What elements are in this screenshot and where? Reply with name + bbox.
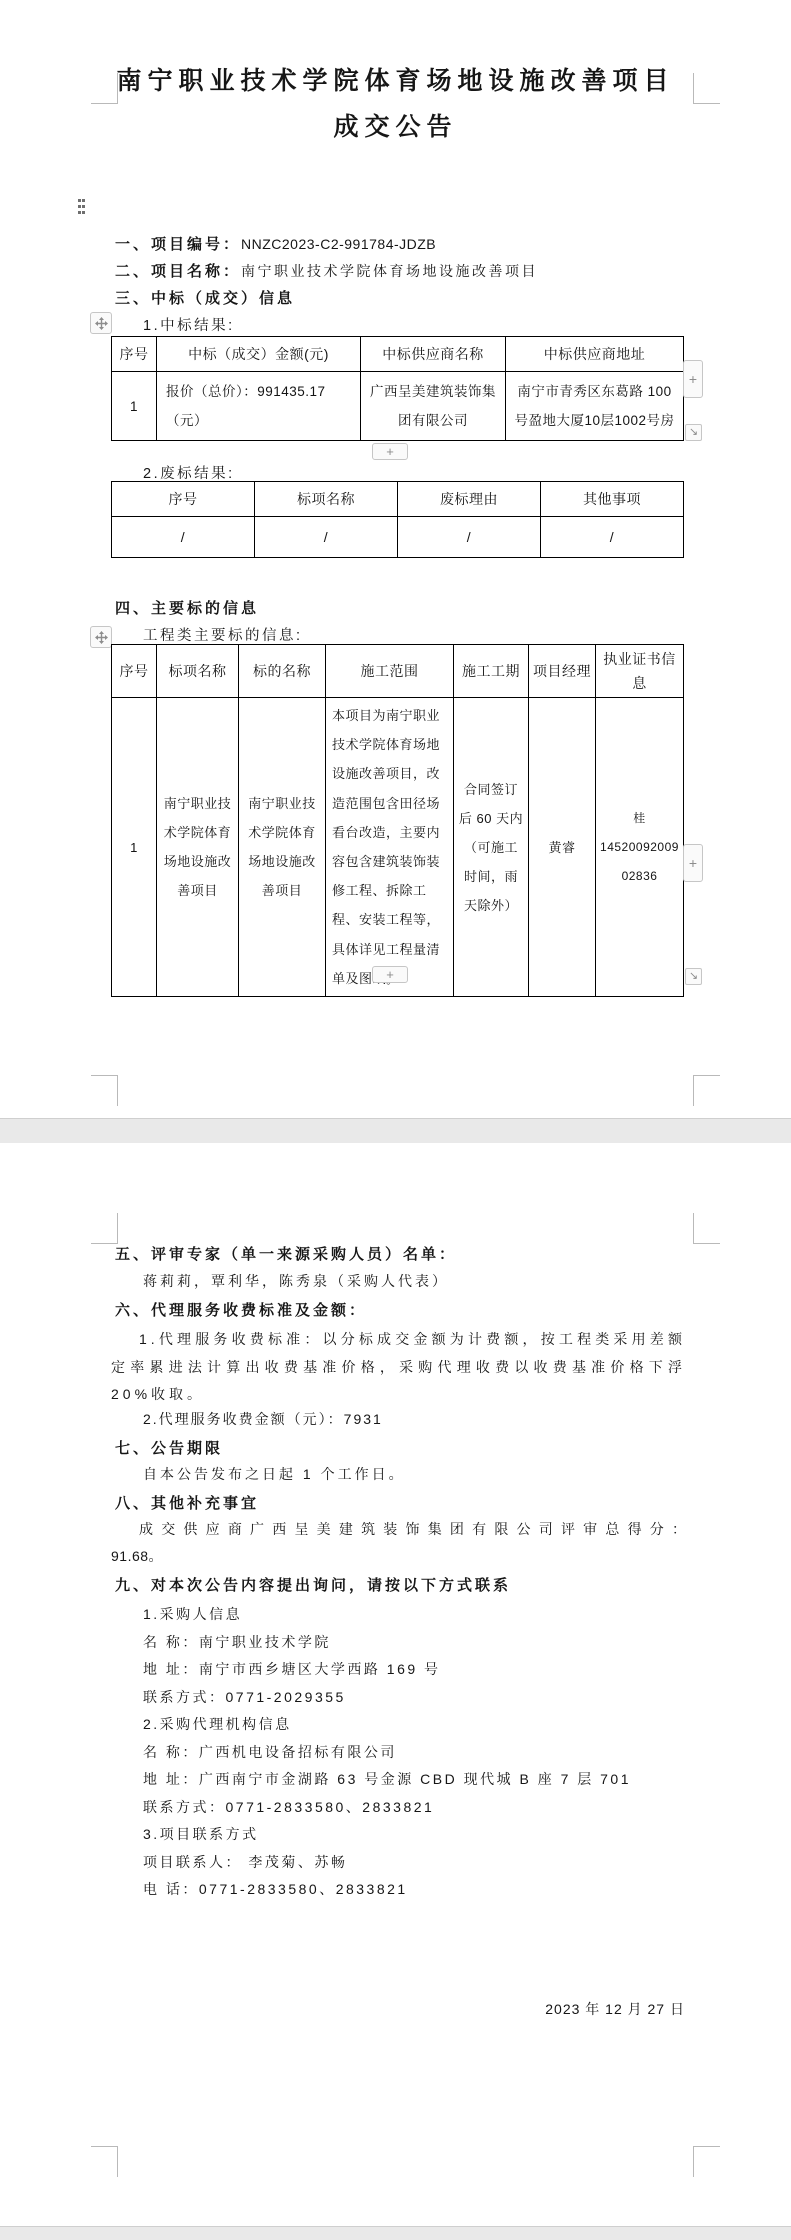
contact-line: 1.采购人信息 — [143, 1601, 631, 1629]
section-contact-heading: 九、对本次公告内容提出询问，请按以下方式联系 — [115, 1574, 511, 1595]
col-header: 序号 — [112, 645, 157, 698]
table-cell: 南宁市青秀区东葛路 100 号盈地大厦10层1002号房 — [506, 372, 684, 441]
add-row-button[interactable]: + — [372, 966, 408, 983]
text-boundary-mark — [693, 2146, 720, 2177]
table-cell: 广西呈美建筑装饰集团有限公司 — [361, 372, 506, 441]
section-notice-period-heading: 七、公告期限 — [115, 1437, 223, 1458]
section-agency-fee-heading: 六、代理服务收费标准及金额： — [115, 1299, 367, 1320]
plus-icon: + — [386, 968, 394, 981]
contact-line: 名 称：南宁职业技术学院 — [143, 1629, 631, 1657]
reject-result-caption: 2.废标结果: — [143, 462, 235, 483]
experts-list: 蒋莉莉，覃利华，陈秀泉（采购人代表） — [143, 1271, 449, 1291]
contact-line: 电 话：0771-2833580、2833821 — [143, 1876, 631, 1904]
canvas-bottom-strip — [0, 2227, 791, 2240]
agency-fee-standard-paragraph: 1.代理服务收费标准：以分标成交金额为计费额，按工程类采用差额定率累进法计算出收… — [111, 1326, 686, 1409]
section-main-subject-heading: 四、主要标的信息 — [115, 597, 259, 618]
resize-arrow-icon: ↘ — [689, 427, 698, 438]
col-header: 标项名称 — [255, 482, 398, 517]
award-results-table[interactable]: 序号 中标（成交）金额(元) 中标供应商名称 中标供应商地址 1 报价（总价）：… — [111, 336, 684, 441]
section-project-name: 二、项目名称：南宁职业技术学院体育场地设施改善项目 — [115, 260, 538, 281]
document-canvas: 南宁职业技术学院体育场地设施改善项目 成交公告 一、项目编号：NNZC2023-… — [0, 0, 791, 2240]
col-header: 施工范围 — [326, 645, 454, 698]
section-project-number: 一、项目编号：NNZC2023-C2-991784-JDZB — [115, 233, 436, 254]
table-cell: 合同签订后 60 天内（可施工时间，雨天除外） — [454, 698, 529, 997]
col-header: 标项名称 — [157, 645, 239, 698]
supplementary-text-line2: 91.68。 — [111, 1546, 163, 1566]
move-table-icon — [95, 631, 108, 644]
resize-table-handle[interactable]: ↘ — [685, 424, 702, 441]
table-cell: 南宁职业技术学院体育场地设施改善项目 — [157, 698, 239, 997]
plus-icon: + — [689, 856, 697, 870]
works-info-caption: 工程类主要标的信息: — [143, 624, 303, 645]
contact-line: 地 址：南宁市西乡塘区大学西路 169 号 — [143, 1656, 631, 1684]
col-header: 中标供应商地址 — [506, 337, 684, 372]
contact-line: 联系方式：0771-2029355 — [143, 1684, 631, 1712]
move-table-icon — [95, 317, 108, 330]
table-cell: 本项目为南宁职业技术学院体育场地设施改善项目，改造范围包含田径场看台改造，主要内… — [326, 698, 454, 997]
add-row-button[interactable]: + — [372, 443, 408, 460]
table-cell: / — [398, 517, 541, 558]
plus-icon: + — [689, 372, 697, 386]
text-boundary-mark — [91, 1075, 118, 1106]
announcement-date: 2023 年 12 月 27 日 — [111, 1999, 730, 2019]
table-cell: 1 — [112, 698, 157, 997]
section-label: 一、项目编号： — [115, 236, 241, 253]
contact-line: 名 称：广西机电设备招标有限公司 — [143, 1739, 631, 1767]
col-header: 中标供应商名称 — [361, 337, 506, 372]
project-name-value: 南宁职业技术学院体育场地设施改善项目 — [241, 263, 538, 279]
contact-line: 3.项目联系方式 — [143, 1821, 631, 1849]
contact-line: 项目联系人： 李茂菊、苏畅 — [143, 1849, 631, 1877]
agency-fee-amount: 2.代理服务收费金额（元）：7931 — [143, 1409, 383, 1429]
table-cell: 桂 1452009200902836 — [596, 698, 684, 997]
add-column-button[interactable]: + — [683, 844, 703, 882]
col-header: 标的名称 — [239, 645, 326, 698]
move-table-handle[interactable] — [90, 626, 112, 648]
resize-arrow-icon: ↘ — [689, 971, 698, 982]
col-header: 中标（成交）金额(元) — [157, 337, 361, 372]
table-row: 1 报价（总价）：991435.17（元） 广西呈美建筑装饰集团有限公司 南宁市… — [112, 372, 684, 441]
page-1: 南宁职业技术学院体育场地设施改善项目 成交公告 一、项目编号：NNZC2023-… — [0, 0, 791, 1119]
title-line-2: 成交公告 — [0, 104, 791, 150]
notice-period-text: 自本公告发布之日起 1 个工作日。 — [143, 1464, 406, 1484]
table-cell: 南宁职业技术学院体育场地设施改善项目 — [239, 698, 326, 997]
paragraph-anchor-icon[interactable] — [78, 199, 90, 217]
section-supplementary-heading: 八、其他补充事宜 — [115, 1492, 259, 1513]
move-table-handle[interactable] — [90, 312, 112, 334]
col-header: 其他事项 — [541, 482, 684, 517]
col-header: 施工工期 — [454, 645, 529, 698]
table-header-row: 序号 标项名称 废标理由 其他事项 — [112, 482, 684, 517]
col-header: 废标理由 — [398, 482, 541, 517]
table-cell: / — [541, 517, 684, 558]
rejected-bids-table[interactable]: 序号 标项名称 废标理由 其他事项 / / / / — [111, 481, 684, 558]
text-boundary-mark — [693, 1213, 720, 1244]
contact-line: 联系方式：0771-2833580、2833821 — [143, 1794, 631, 1822]
add-column-button[interactable]: + — [683, 360, 703, 398]
section-experts-heading: 五、评审专家（单一来源采购人员）名单： — [115, 1243, 457, 1264]
supplementary-text-line1: 成交供应商广西呈美建筑装饰集团有限公司评审总得分： — [111, 1519, 686, 1539]
table-row: / / / / — [112, 517, 684, 558]
col-header: 项目经理 — [529, 645, 596, 698]
table-header-row: 序号 中标（成交）金额(元) 中标供应商名称 中标供应商地址 — [112, 337, 684, 372]
contact-line: 2.采购代理机构信息 — [143, 1711, 631, 1739]
works-subject-table[interactable]: 序号 标项名称 标的名称 施工范围 施工工期 项目经理 执业证书信息 1 南宁职… — [111, 644, 684, 997]
col-header: 序号 — [112, 482, 255, 517]
table-row: 1 南宁职业技术学院体育场地设施改善项目 南宁职业技术学院体育场地设施改善项目 … — [112, 698, 684, 997]
section-award-info-heading: 三、中标（成交）信息 — [115, 287, 295, 308]
title-line-1: 南宁职业技术学院体育场地设施改善项目 — [0, 58, 791, 104]
col-header: 序号 — [112, 337, 157, 372]
table-cell: / — [255, 517, 398, 558]
col-header: 执业证书信息 — [596, 645, 684, 698]
contact-info-block: 1.采购人信息 名 称：南宁职业技术学院 地 址：南宁市西乡塘区大学西路 169… — [143, 1601, 631, 1904]
award-result-caption: 1.中标结果: — [143, 314, 235, 335]
text-boundary-mark — [91, 1213, 118, 1244]
text-boundary-mark — [693, 1075, 720, 1106]
plus-icon: + — [386, 445, 394, 458]
table-cell: 1 — [112, 372, 157, 441]
section-label: 二、项目名称： — [115, 263, 241, 280]
table-cell: / — [112, 517, 255, 558]
page-2: 五、评审专家（单一来源采购人员）名单： 蒋莉莉，覃利华，陈秀泉（采购人代表） 六… — [0, 1143, 791, 2227]
resize-table-handle[interactable]: ↘ — [685, 968, 702, 985]
page-separator — [0, 1119, 791, 1144]
text-boundary-mark — [91, 2146, 118, 2177]
project-number-value: NNZC2023-C2-991784-JDZB — [241, 236, 436, 252]
table-cell: 报价（总价）：991435.17（元） — [157, 372, 361, 441]
table-cell: 黄睿 — [529, 698, 596, 997]
table-header-row: 序号 标项名称 标的名称 施工范围 施工工期 项目经理 执业证书信息 — [112, 645, 684, 698]
document-title: 南宁职业技术学院体育场地设施改善项目 成交公告 — [0, 58, 791, 150]
contact-line: 地 址：广西南宁市金湖路 63 号金源 CBD 现代城 B 座 7 层 701 — [143, 1766, 631, 1794]
